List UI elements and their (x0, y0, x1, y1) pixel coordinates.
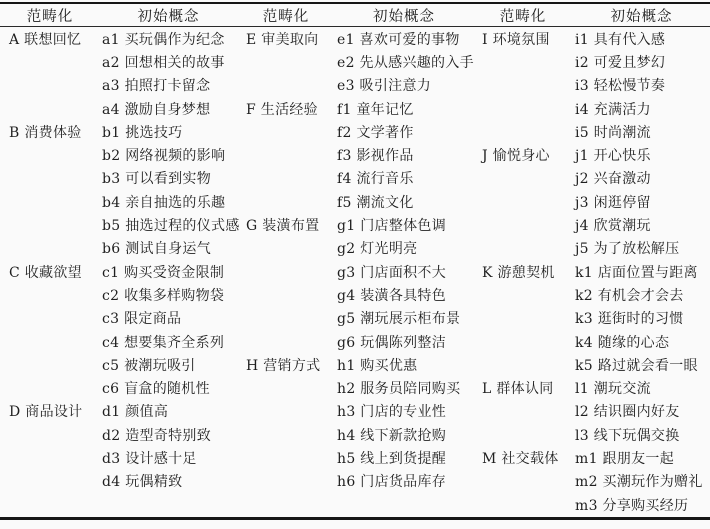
category-cell: J 愉悦身心 (473, 149, 573, 163)
category-cell: I 环境氛围 (473, 33, 573, 47)
concept-cell: b4 亲自抽选的乐趣 (100, 196, 237, 210)
concept-cell: b5 抽选过程的仪式感 (100, 219, 237, 233)
header-categorization-3: 范畴化 (473, 5, 573, 26)
category-cell: A 联想回忆 (0, 33, 100, 47)
concept-cell: g2 灯光明亮 (335, 242, 473, 256)
concept-cell: h4 线下新款抢购 (335, 429, 473, 443)
concept-cell: c1 购买受资金限制 (100, 266, 237, 280)
concept-cell: h5 线上到货提醒 (335, 452, 473, 466)
concept-cell: i5 时尚潮流 (573, 126, 710, 140)
concept-cell: j3 闲逛停留 (573, 196, 710, 210)
concept-cell: h1 购买优惠 (335, 359, 473, 373)
category-cell: B 消费体验 (0, 126, 100, 140)
concept-cell: l1 潮玩交流 (573, 382, 710, 396)
header-categorization-1: 范畴化 (0, 5, 100, 26)
table-row: C 收藏欲望c1 购买受资金限制g3 门店面积不大K 游憩契机k1 店面位置与距… (0, 261, 710, 284)
concept-cell: d2 造型奇特别致 (100, 429, 237, 443)
concept-cell: c5 被潮玩吸引 (100, 359, 237, 373)
category-cell: L 群体认同 (473, 382, 573, 396)
category-cell: C 收藏欲望 (0, 266, 100, 280)
concept-cell: h2 服务员陪同购买 (335, 382, 473, 396)
table-body: A 联想回忆a1 买玩偶作为纪念E 审美取向e1 喜欢可爱的事物I 环境氛围i1… (0, 28, 710, 517)
concept-cell: d1 颜值高 (100, 405, 237, 419)
concept-cell: g4 装潢各具特色 (335, 289, 473, 303)
concept-cell: g5 潮玩展示柜布景 (335, 312, 473, 326)
table-row: B 消费体验b1 挑选技巧f2 文学著作i5 时尚潮流 (0, 121, 710, 144)
table-row: b6 测试自身运气g2 灯光明亮j5 为了放松解压 (0, 238, 710, 261)
table-row: c4 想要集齐全系列g6 玩偶陈列整洁k4 随缘的心态 (0, 331, 710, 354)
concept-cell: c3 限定商品 (100, 312, 237, 326)
concept-cell: j1 开心快乐 (573, 149, 710, 163)
concept-cell: i4 充满活力 (573, 103, 710, 117)
table-row: m3 分享购买经历 (0, 494, 710, 517)
category-cell: D 商品设计 (0, 405, 100, 419)
concept-cell: c6 盲盒的随机性 (100, 382, 237, 396)
concept-cell: k2 有机会才会去 (573, 289, 710, 303)
category-cell: H 营销方式 (237, 359, 335, 373)
paper-table-page: 范畴化 初始概念 范畴化 初始概念 范畴化 初始概念 A 联想回忆a1 买玩偶作… (0, 0, 710, 529)
concept-cell: e3 吸引注意力 (335, 79, 473, 93)
concept-cell: b2 网络视频的影响 (100, 149, 237, 163)
concept-cell: l3 线下玩偶交换 (573, 429, 710, 443)
table-row: b2 网络视频的影响f3 影视作品J 愉悦身心j1 开心快乐 (0, 144, 710, 167)
table-header-row: 范畴化 初始概念 范畴化 初始概念 范畴化 初始概念 (0, 4, 710, 26)
concept-cell: m1 跟朋友一起 (573, 452, 710, 466)
concept-cell: h6 门店货品库存 (335, 475, 473, 489)
category-cell: M 社交载体 (473, 452, 573, 466)
concept-cell: d4 玩偶精致 (100, 475, 237, 489)
concept-cell: e2 先从感兴趣的入手 (335, 56, 473, 70)
table-row: a3 拍照打卡留念e3 吸引注意力i3 轻松慢节奏 (0, 75, 710, 98)
concept-cell: m2 买潮玩作为赠礼 (573, 475, 710, 489)
category-cell: K 游憩契机 (473, 266, 573, 280)
concept-cell: j4 欣赏潮玩 (573, 219, 710, 233)
table-bottom-rule (0, 517, 710, 520)
concept-cell: g1 门店整体色调 (335, 219, 473, 233)
table-row: d2 造型奇特别致h4 线下新款抢购l3 线下玩偶交换 (0, 424, 710, 447)
table-row: A 联想回忆a1 买玩偶作为纪念E 审美取向e1 喜欢可爱的事物I 环境氛围i1… (0, 28, 710, 51)
concept-cell: j2 兴奋激动 (573, 172, 710, 186)
table-row: b4 亲自抽选的乐趣f5 潮流文化j3 闲逛停留 (0, 191, 710, 214)
concept-cell: h3 门店的专业性 (335, 405, 473, 419)
table-header-rule (0, 26, 710, 27)
concept-cell: m3 分享购买经历 (573, 499, 710, 513)
table-row: a4 激励自身梦想F 生活经验f1 童年记忆i4 充满活力 (0, 98, 710, 121)
header-categorization-2: 范畴化 (237, 5, 335, 26)
concept-cell: j5 为了放松解压 (573, 242, 710, 256)
table-row: c2 收集多样购物袋g4 装潢各具特色k2 有机会才会去 (0, 284, 710, 307)
category-cell: E 审美取向 (237, 33, 335, 47)
concept-cell: i1 具有代入感 (573, 33, 710, 47)
table-row: a2 回想相关的故事e2 先从感兴趣的入手i2 可爱且梦幻 (0, 51, 710, 74)
concept-cell: k4 随缘的心态 (573, 336, 710, 350)
header-initial-concept-2: 初始概念 (335, 5, 473, 26)
concept-cell: g3 门店面积不大 (335, 266, 473, 280)
category-cell: G 装潢布置 (237, 219, 335, 233)
concept-cell: f1 童年记忆 (335, 103, 473, 117)
concept-cell: k5 路过就会看一眼 (573, 359, 710, 373)
concept-cell: a4 激励自身梦想 (100, 103, 237, 117)
category-cell: F 生活经验 (237, 103, 335, 117)
concept-cell: g6 玩偶陈列整洁 (335, 336, 473, 350)
concept-cell: a3 拍照打卡留念 (100, 79, 237, 93)
table-row: D 商品设计d1 颜值高h3 门店的专业性l2 结识圈内好友 (0, 401, 710, 424)
concept-cell: d3 设计感十足 (100, 452, 237, 466)
table-row: b5 抽选过程的仪式感G 装潢布置g1 门店整体色调j4 欣赏潮玩 (0, 214, 710, 237)
concept-cell: c4 想要集齐全系列 (100, 336, 237, 350)
table-row: c3 限定商品g5 潮玩展示柜布景k3 逛街时的习惯 (0, 308, 710, 331)
table-row: b3 可以看到实物f4 流行音乐j2 兴奋激动 (0, 168, 710, 191)
concept-cell: a1 买玩偶作为纪念 (100, 33, 237, 47)
concept-cell: f5 潮流文化 (335, 196, 473, 210)
concept-cell: k1 店面位置与距离 (573, 266, 710, 280)
concept-cell: b1 挑选技巧 (100, 126, 237, 140)
concept-cell: i2 可爱且梦幻 (573, 56, 710, 70)
table-row: d3 设计感十足h5 线上到货提醒M 社交载体m1 跟朋友一起 (0, 447, 710, 470)
header-initial-concept-3: 初始概念 (573, 5, 710, 26)
concept-cell: c2 收集多样购物袋 (100, 289, 237, 303)
concept-cell: e1 喜欢可爱的事物 (335, 33, 473, 47)
concept-cell: l2 结识圈内好友 (573, 405, 710, 419)
table-row: c5 被潮玩吸引H 营销方式h1 购买优惠k5 路过就会看一眼 (0, 354, 710, 377)
concept-cell: i3 轻松慢节奏 (573, 79, 710, 93)
header-initial-concept-1: 初始概念 (100, 5, 237, 26)
table-row: c6 盲盒的随机性h2 服务员陪同购买L 群体认同l1 潮玩交流 (0, 377, 710, 400)
concept-cell: b3 可以看到实物 (100, 172, 237, 186)
table-row: d4 玩偶精致h6 门店货品库存m2 买潮玩作为赠礼 (0, 471, 710, 494)
concept-cell: f4 流行音乐 (335, 172, 473, 186)
concept-cell: f2 文学著作 (335, 126, 473, 140)
concept-cell: f3 影视作品 (335, 149, 473, 163)
concept-cell: a2 回想相关的故事 (100, 56, 237, 70)
concept-cell: k3 逛街时的习惯 (573, 312, 710, 326)
concept-cell: b6 测试自身运气 (100, 242, 237, 256)
